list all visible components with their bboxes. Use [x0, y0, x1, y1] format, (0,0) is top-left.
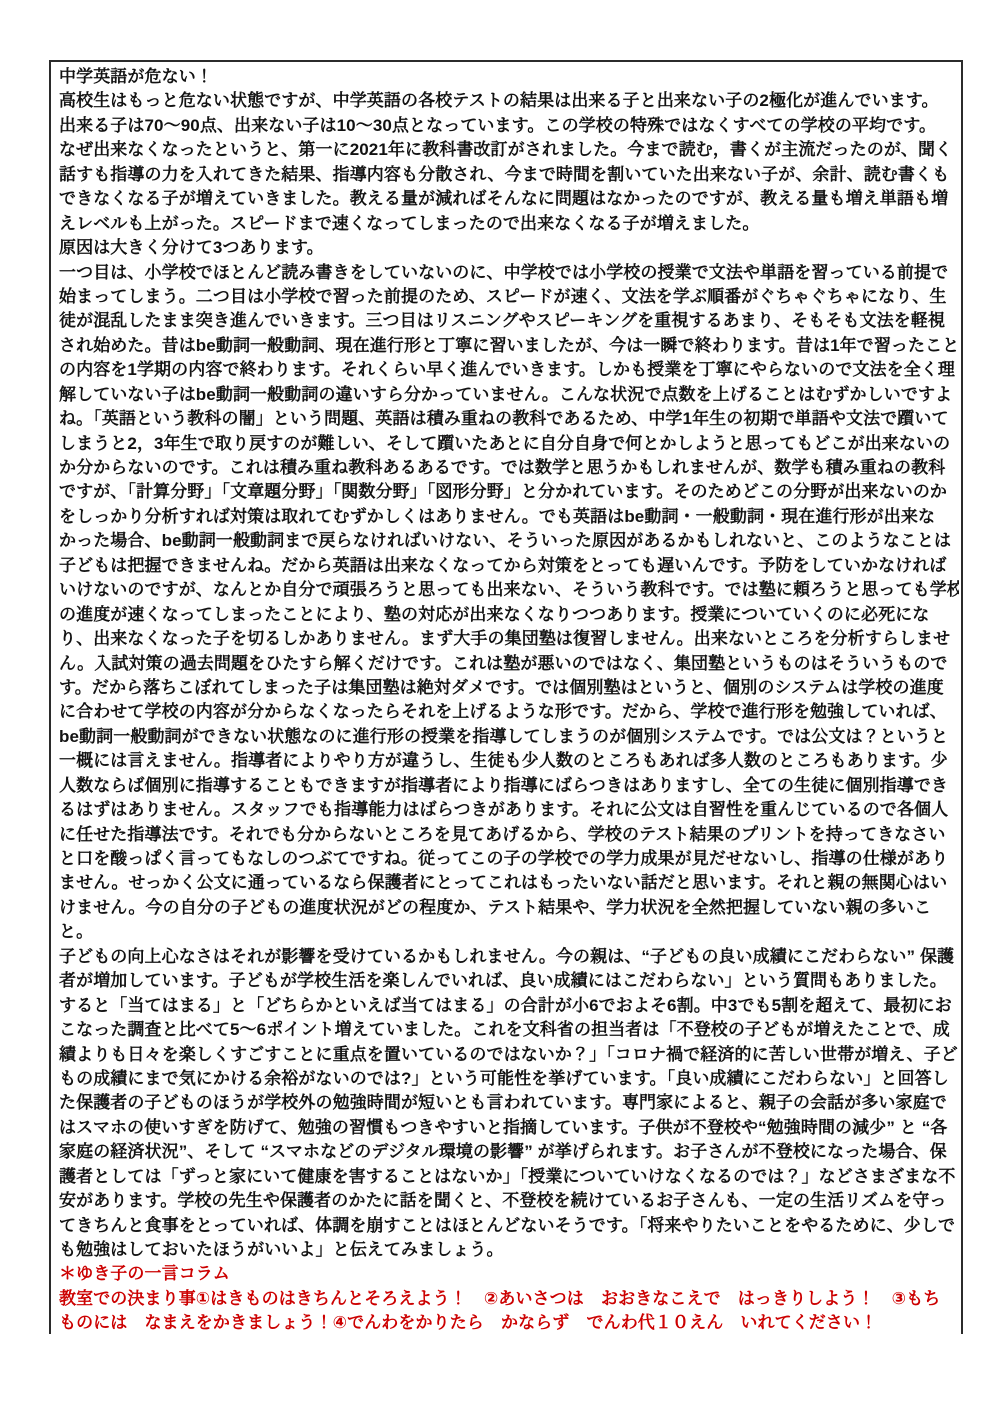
column-rules-text: 教室での決まり事①はきものはきちんとそろえよう！ ②あいさつは おおきなこえで …	[59, 1287, 959, 1334]
text-line: できなくなる子が増えていきました。教える量が減ればそんなに問題はなかったのですが…	[59, 187, 959, 211]
column-title: ＊ゆき子の一言コラム	[59, 1262, 959, 1286]
text-line: 話すも指導の力を入れてきた結果、指導内容も分散され、今まで時間を割いていた出来な…	[59, 163, 959, 187]
text-line: こなった調査と比べて5～6ポイント増えていました。これを文科省の担当者は「不登校…	[59, 1018, 959, 1042]
text-line: 解していない子はbe動詞一般動詞の違いすら分かっていません。こんな状況で点数を上…	[59, 383, 959, 407]
yukiko-column: ＊ゆき子の一言コラム 教室での決まり事①はきものはきちんとそろえよう！ ②あいさ…	[59, 1262, 959, 1334]
article-body-text: 中学英語が危ない！高校生はもっと危ない状態ですが、中学英語の各校テストの結果は出…	[59, 65, 959, 1262]
text-line: も勉強はしておいたほうがいいよ」と伝えてみましょう。	[59, 1238, 959, 1262]
text-line: ません。せっかく公文に通っているなら保護者にとってこれはもったいない話だと思いま…	[59, 871, 959, 895]
text-line: 績よりも日々を楽しくすごすことに重点を置いているのではないか？」「コロナ禍で経済…	[59, 1043, 959, 1067]
text-line: しまうと2，3年生で取り戻すのが難しい、そして躓いたあとに自分自身で何とかしよう…	[59, 432, 959, 456]
text-line: と。	[59, 920, 959, 944]
text-line: 原因は大きく分けて3つあります。	[59, 236, 959, 260]
text-line: ん。入試対策の過去問題をひたすら解くだけです。これは塾が悪いのではなく、集団塾と…	[59, 652, 959, 676]
text-line: 高校生はもっと危ない状態ですが、中学英語の各校テストの結果は出来る子と出来ない子…	[59, 89, 959, 113]
text-line: かった場合、be動詞一般動詞まで戻らなければいけない、そういった原因があるかもし…	[59, 529, 959, 553]
text-line: 安があります。学校の先生や保護者のかたに話を聞くと、不登校を続けているお子さんも…	[59, 1189, 959, 1213]
text-line: の内容を1学期の内容で終わります。それくらい早く進んでいきます。しかも授業を丁寧…	[59, 358, 959, 382]
text-line: 人数ならば個別に指導することもできますが指導者により指導にばらつきはありますし、…	[59, 774, 959, 798]
text-line: はスマホの使いすぎを防げて、勉強の習慣もつきやすいと指摘しています。子供が不登校…	[59, 1116, 959, 1140]
text-line: すると「当てはまる」と「どちらかといえば当てはまる」の合計が小6でおよそ6割。中…	[59, 994, 959, 1018]
text-line: 徒が混乱したまま突き進んでいきます。三つ目はリスニングやスピーキングを重視するあ…	[59, 309, 959, 333]
text-line: be動詞一般動詞ができない状態なのに進行形の授業を指導してしまうのが個別システム…	[59, 725, 959, 749]
text-line: り、出来なくなった子を切るしかありません。まず大手の集団塾は復習しません。出来な…	[59, 627, 959, 651]
text-line: に合わせて学校の内容が分からなくなったらそれを上げるような形です。だから、学校で…	[59, 700, 959, 724]
text-line: なぜ出来なくなったというと、第一に2021年に教科書改訂がされました。今まで読む…	[59, 138, 959, 162]
text-line: けません。今の自分の子どもの進度状況がどの程度か、テスト結果や、学力状況を全然把…	[59, 896, 959, 920]
text-line: てきちんと食事をとっていれば、体調を崩すことはほとんどないそうです。「将来やりた…	[59, 1214, 959, 1238]
text-line: す。だから落ちこぼれてしまった子は集団塾は絶対ダメです。では個別塾はというと、個…	[59, 676, 959, 700]
text-line: 子どもの向上心なさはそれが影響を受けているかもしれません。今の親は、“子どもの良…	[59, 945, 959, 969]
text-line: 教室での決まり事①はきものはきちんとそろえよう！ ②あいさつは おおきなこえで …	[59, 1287, 959, 1311]
text-line: ものには なまえをかきましょう！④でんわをかりたら かならず でんわ代１０えん …	[59, 1311, 959, 1334]
text-line: の進度が速くなってしまったことにより、塾の対応が出来なくなりつつあります。授業に…	[59, 603, 959, 627]
text-line: ですが、「計算分野」「文章題分野」「関数分野」「図形分野」と分かれています。その…	[59, 480, 959, 504]
article-border-box: 中学英語が危ない！高校生はもっと危ない状態ですが、中学英語の各校テストの結果は出…	[49, 60, 963, 1334]
text-line: いけないのですが、なんとか自分で頑張ろうと思っても出来ない、そういう教科です。で…	[59, 578, 959, 602]
text-line: 者が増加しています。子どもが学校生活を楽しんでいれば、良い成績にはこだわらない」…	[59, 969, 959, 993]
text-line: 護者としては「ずっと家にいて健康を害することはないか」「授業についていけなくなる…	[59, 1165, 959, 1189]
text-line: 家庭の経済状況”、そして “スマホなどのデジタル環境の影響” が挙げられます。お…	[59, 1140, 959, 1164]
text-line: 出来る子は70～90点、出来ない子は10～30点となっています。この学校の特殊で…	[59, 114, 959, 138]
text-line: るはずはありません。スタッフでも指導能力はばらつきがあります。それに公文は自習性…	[59, 798, 959, 822]
text-line: た保護者の子どものほうが学校外の勉強時間が短いとも言われています。専門家によると…	[59, 1091, 959, 1115]
text-line: され始めた。昔はbe動詞一般動詞、現在進行形と丁寧に習いましたが、今は一瞬で終わ…	[59, 334, 959, 358]
text-line: か分からないのです。これは積み重ね教科あるあるです。では数学と思うかもしれません…	[59, 456, 959, 480]
newsletter-page: 中学英語が危ない！高校生はもっと危ない状態ですが、中学英語の各校テストの結果は出…	[0, 0, 1000, 1416]
text-line: 中学英語が危ない！	[59, 65, 959, 89]
text-line: に任せた指導法です。それでも分からないところを見てあげるから、学校のテスト結果の…	[59, 823, 959, 847]
text-line: えレベルも上がった。スピードまで速くなってしまったので出来なくなる子が増えました…	[59, 212, 959, 236]
text-line: 子どもは把握できませんね。だから英語は出来なくなってから対策をとっても遅いんです…	[59, 554, 959, 578]
text-line: ね。「英語という教科の闇」という問題、英語は積み重ねの教科であるため、中学1年生…	[59, 407, 959, 431]
text-line: と口を酸っぱく言ってもなしのつぶてですね。従ってこの子の学校での学力成果が見だせ…	[59, 847, 959, 871]
text-line: もの成績にまで気にかける余裕がないのでは?」という可能性を挙げています。「良い成…	[59, 1067, 959, 1091]
text-line: 始まってしまう。二つ目は小学校で習った前提のため、スピードが速く、文法を学ぶ順番…	[59, 285, 959, 309]
text-line: 一概には言えません。指導者によりやり方が違うし、生徒も少人数のところもあれば多人…	[59, 749, 959, 773]
text-line: 一つ目は、小学校でほとんど読み書きをしていないのに、中学校では小学校の授業で文法…	[59, 261, 959, 285]
text-line: をしっかり分析すれば対策は取れてむずかしくはありません。でも英語はbe動詞・一般…	[59, 505, 959, 529]
